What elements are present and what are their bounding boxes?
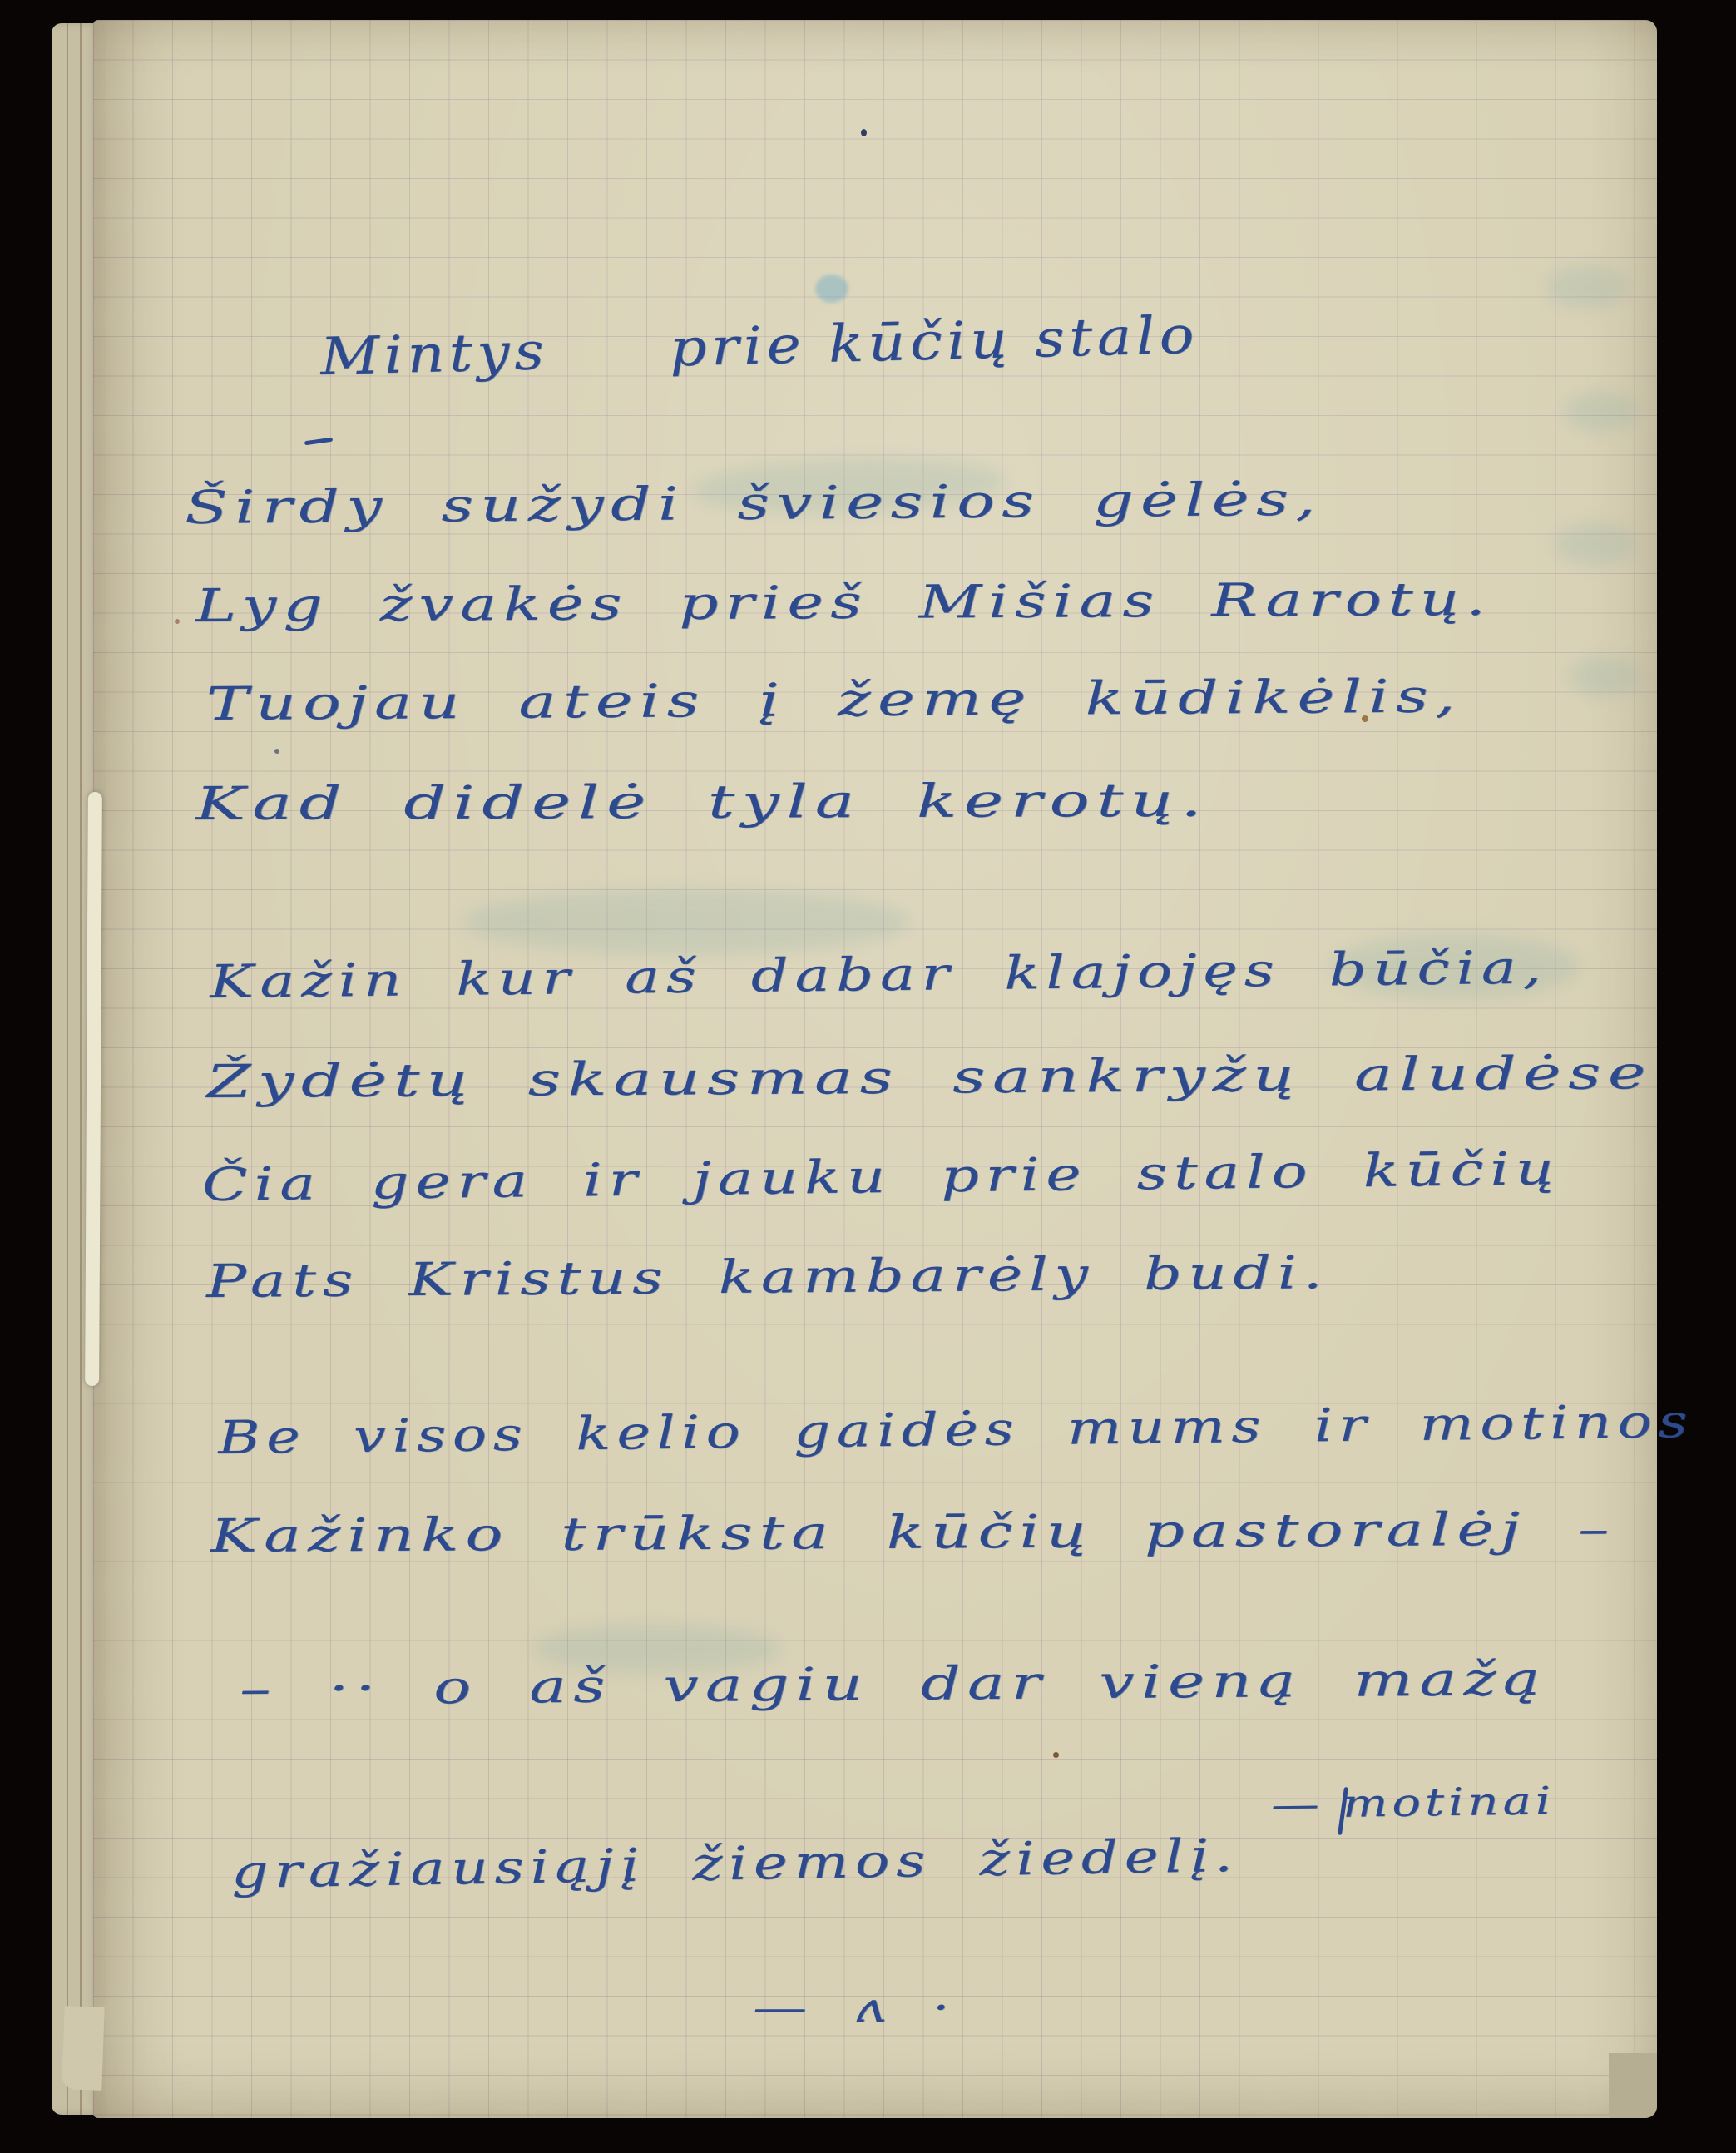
ink-bleed-mark [1564,391,1639,433]
ink-bleed-mark [462,888,911,955]
paper-speck [274,749,279,754]
scan-background: Mintysprie kūčių stalo Širdy sužydi švie… [0,0,1736,2153]
ink-bleed-mark [815,275,848,303]
paper-speck [175,619,180,624]
poem-line: Tuojau ateis į žemę kūdikėlis, [206,669,1462,730]
paper-speck [1053,1752,1059,1758]
poem-line: Kad didelė tyla kerotų. [195,774,1209,830]
page-edge-line [80,23,82,2115]
ink-bleed-mark [1554,522,1637,566]
poem-end-mark: — ʌ · [753,1983,965,2032]
paper-speck [861,129,867,136]
bottom-left-page-corner [62,2006,104,2091]
poem-line: Lyg žvakės prieš Mišias Rarotų. [195,572,1492,632]
poem-line: Kažinko trūksta kūčių pastoralėj – [210,1502,1616,1562]
ink-bleed-mark [1546,265,1629,309]
bottom-right-under-page [1609,2053,1657,2118]
poem-line: Pats Kristus kambarėly budi. [206,1245,1329,1308]
title-gap [549,366,670,369]
page-edge-line [67,23,68,2115]
poem-line: Širdy sužydi šviesios gėlės, [185,473,1323,534]
ink-bleed-mark [1569,656,1640,697]
inserted-word: — motinai [1270,1778,1555,1827]
poem-line: – ·· o aš vagiu dar vieną mažą [240,1652,1547,1715]
poem-title-word: Mintys [319,320,550,387]
poem-line: Žydėtų skausmas sankryžų aludėse [206,1046,1654,1108]
